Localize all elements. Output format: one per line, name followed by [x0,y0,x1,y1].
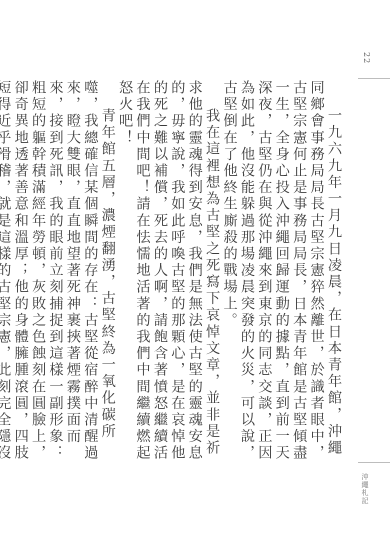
footer-rule [358,462,390,463]
vertical-text-body: 一九六九年一月九日凌晨，在日本青年館，沖繩同鄉會事務局局長古堅宗憲猝然離世，於識… [0,80,342,464]
paragraph-1: 一九六九年一月九日凌晨，在日本青年館，沖繩同鄉會事務局局長古堅宗憲猝然離世，於識… [220,80,342,464]
header-rule [358,78,390,79]
paragraph-2: 我在這裡想為古堅之死寫下哀悼文章，並非是祈求他的靈魂得到安息，我們是無法使古堅的… [116,80,220,464]
paragraph-3: 青年館五層，濃煙翻湧，古堅終為一氧化碳所噬，我總確信某個瞬間的存在：古堅從宿醉中… [0,80,116,464]
page-number: 22 [362,52,371,64]
running-title: 沖繩札記 [360,473,370,505]
